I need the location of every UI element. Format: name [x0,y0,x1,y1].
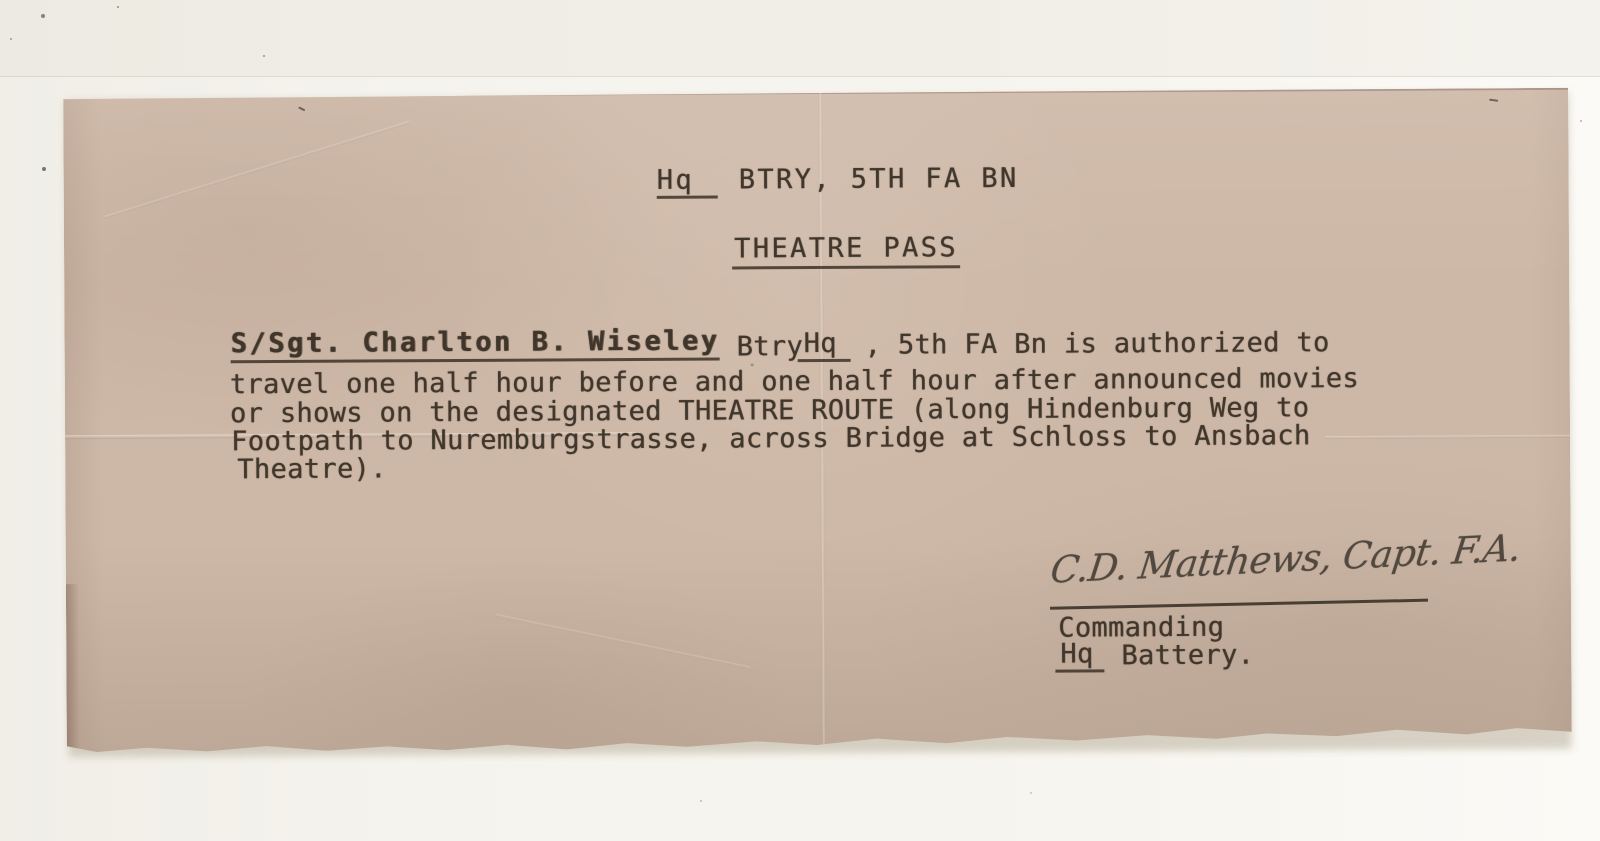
body-line-1: , 5th FA Bn is authorized to [865,329,1330,360]
diagonal-crease [496,614,751,670]
paper-blemish [298,107,305,112]
paper-blemish [1489,99,1498,102]
theatre-pass-document: Hq BTRY, 5TH FA BN THEATRE PASS S/Sgt. C… [63,88,1572,754]
header-unit-blank: Hq [657,167,718,200]
signature-unit-text: Battery. [1121,642,1254,671]
handwritten-signature: C.D. Matthews, Capt. F.A. [1048,526,1523,592]
diagonal-crease [103,121,409,219]
body-line-5: Theatre). [237,455,387,484]
scanner-background-strip [0,0,1600,77]
body-line-4: Footpath to Nuremburgstrasse, across Bri… [231,422,1311,456]
header-unit-text: BTRY, 5TH FA BN [739,165,1019,195]
scanned-document-page: { "document": { "header": { "unit_blank"… [0,0,1600,841]
horizontal-fold-crease-right [1325,435,1570,439]
paper-wrap: Hq BTRY, 5TH FA BN THEATRE PASS S/Sgt. C… [63,88,1572,754]
btry-blank-fill: Hq [797,330,850,363]
pass-holder-name: S/Sgt. Charlton B. Wiseley [230,328,719,364]
signature-rule-line [1050,599,1428,610]
document-title: THEATRE PASS [732,234,960,270]
dust-specks [0,0,2,2]
left-edge-fold-shadow [66,584,80,754]
signature-unit-blank: Hq [1055,640,1104,673]
btry-label: Btry [737,333,804,362]
